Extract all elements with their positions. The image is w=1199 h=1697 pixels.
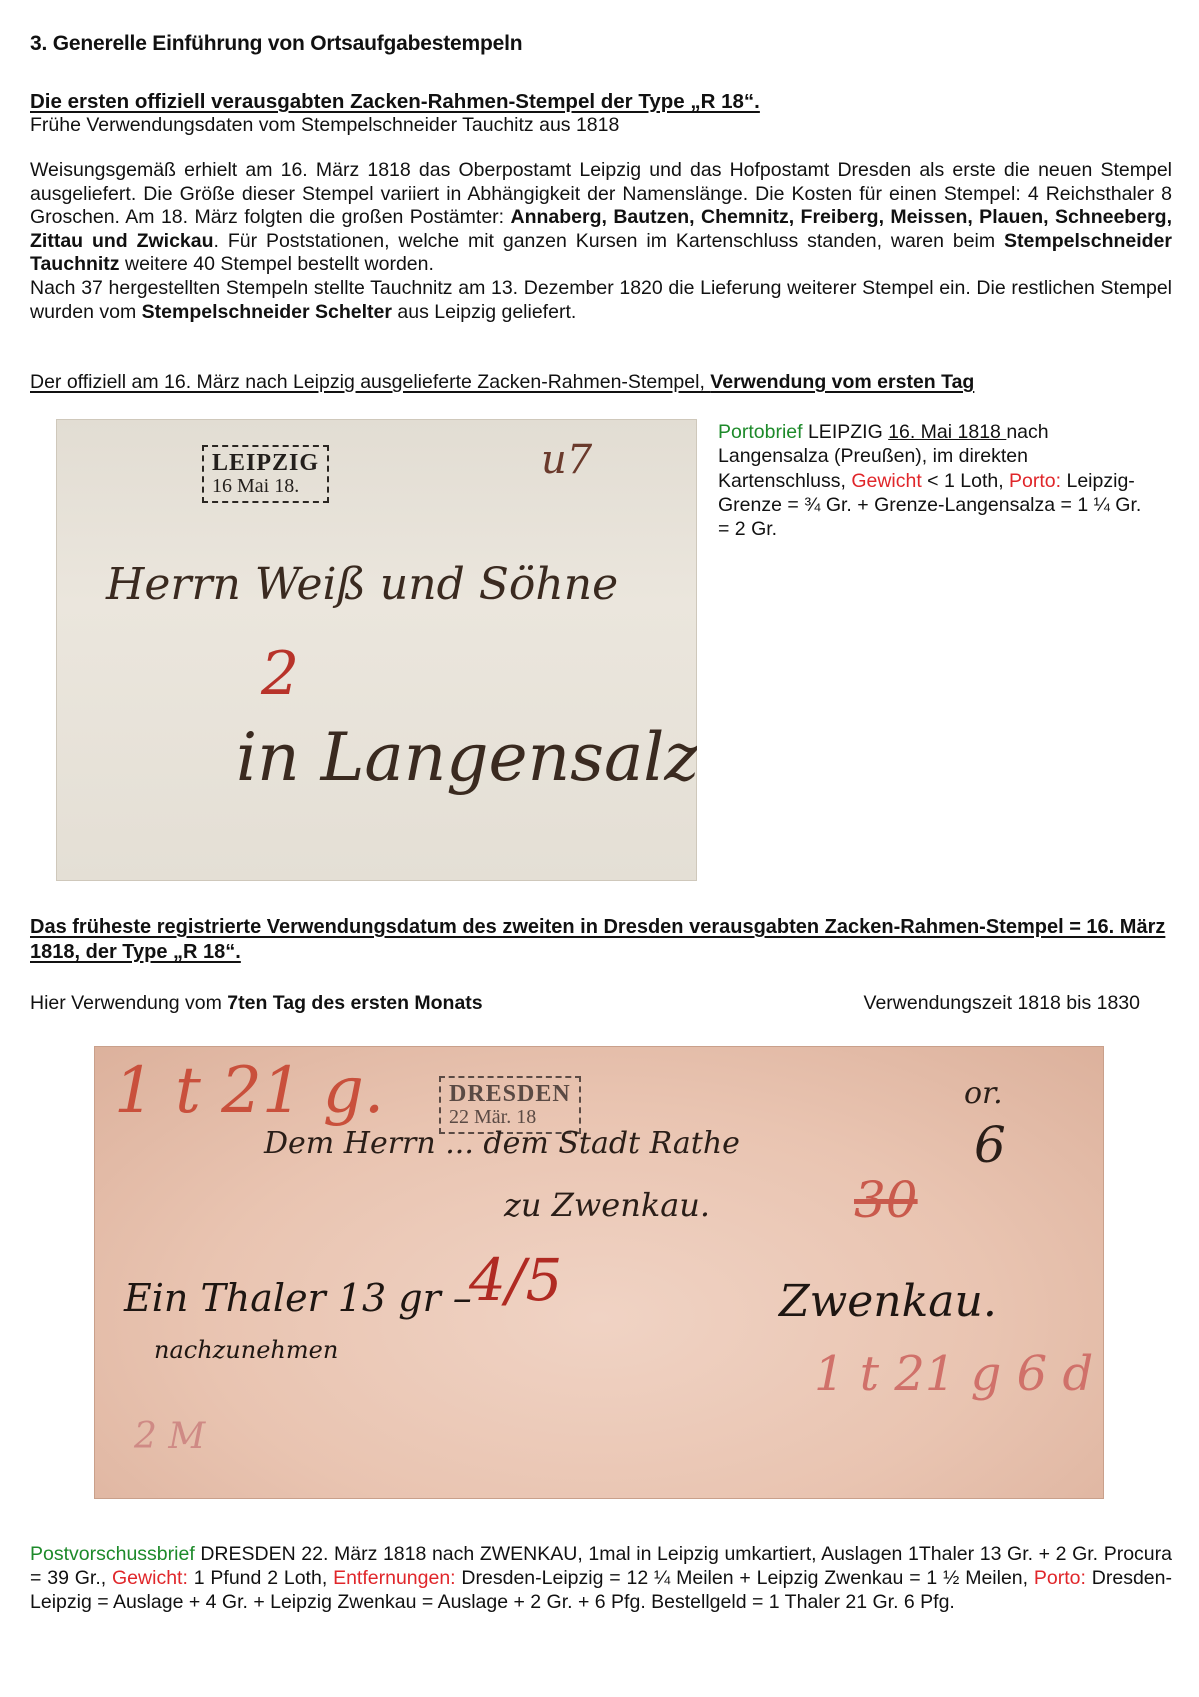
handwriting-six: 6 xyxy=(974,1116,1006,1174)
handwriting-mark: or. xyxy=(964,1076,1003,1111)
leipzig-frame-stamp: LEIPZIG 16 Mai 18. xyxy=(202,445,329,503)
handwriting-red-crossed: 30 xyxy=(854,1171,918,1229)
handwriting-red-bottomright: 1 t 21 g 6 d xyxy=(814,1346,1093,1402)
stamp-town: DRESDEN xyxy=(449,1082,571,1107)
intro-text: Weisungsgemäß erhielt am 16. März 1818 d… xyxy=(30,159,1172,324)
text: 1 Pfund 2 Loth, xyxy=(188,1567,333,1589)
text: aus Leipzig geliefert. xyxy=(392,301,576,323)
text: Der offiziell am 16. März nach Leipzig a… xyxy=(30,371,710,393)
intro-paragraph-1: Weisungsgemäß erhielt am 16. März 1818 d… xyxy=(30,159,1172,277)
section2-title: Das früheste registrierte Verwendungsdat… xyxy=(30,915,1170,965)
text-bold: Verwendung vom ersten Tag xyxy=(710,371,974,393)
section2-description: Postvorschussbrief DRESDEN 22. März 1818… xyxy=(30,1542,1172,1615)
usage-period: Verwendungszeit 1818 bis 1830 xyxy=(864,992,1140,1015)
cover-image-leipzig: LEIPZIG 16 Mai 18. u7 Herrn Weiß und Söh… xyxy=(56,419,697,881)
porto-label: Porto: xyxy=(1034,1567,1086,1589)
porto-label: Porto: xyxy=(1009,470,1061,492)
subline: Frühe Verwendungsdaten vom Stempelschnei… xyxy=(30,114,619,137)
handwriting-red-bottomleft: 2 M xyxy=(134,1416,205,1457)
letter-type-label: Postvorschussbrief xyxy=(30,1543,195,1565)
engraver-schelter: Stempelschneider Schelter xyxy=(142,301,392,323)
handwriting-line1: Dem Herrn ... dem Stadt Rathe xyxy=(264,1126,740,1161)
intro-paragraph-2: Nach 37 hergestellten Stempeln stellte T… xyxy=(30,277,1172,324)
handwriting-red-mark: 2 xyxy=(261,639,299,709)
weight-label: Gewicht: xyxy=(112,1567,188,1589)
handwriting-red-topleft: 1 t 21 g. xyxy=(114,1054,384,1128)
handwriting-thaler-2: nachzunehmen xyxy=(154,1336,338,1364)
section1-description: Portobrief LEIPZIG 16. Mai 1818 nach Lan… xyxy=(718,420,1158,541)
weight-label: Gewicht xyxy=(851,470,921,492)
section1-caption: Der offiziell am 16. März nach Leipzig a… xyxy=(30,371,974,394)
handwriting-top: u7 xyxy=(541,437,592,483)
handwriting-line2: zu Zwenkau. xyxy=(504,1186,710,1224)
cover-image-dresden: 1 t 21 g. DRESDEN 22 Mär. 18 or. Dem Her… xyxy=(94,1046,1104,1499)
handwriting-red-mid: 4/5 xyxy=(469,1246,562,1314)
text: weitere 40 Stempel bestellt worden. xyxy=(120,253,434,275)
date: 16. Mai 1818 xyxy=(888,421,1006,443)
handwriting-city: in Langensalza xyxy=(236,719,697,796)
stamp-town: LEIPZIG xyxy=(212,451,319,476)
letter-type-label: Portobrief xyxy=(718,421,803,443)
distance-label: Entfernungen: xyxy=(333,1567,456,1589)
section-title: 3. Generelle Einführung von Ortsaufgabes… xyxy=(30,32,522,56)
text: < 1 Loth, xyxy=(922,470,1009,492)
handwriting-address: Herrn Weiß und Söhne xyxy=(106,559,618,610)
stamp-date: 16 Mai 18. xyxy=(212,476,319,497)
text: . Für Poststationen, welche mit ganzen K… xyxy=(214,230,1005,252)
handwriting-city: Zwenkau. xyxy=(779,1276,997,1327)
handwriting-thaler: Ein Thaler 13 gr – xyxy=(124,1276,472,1320)
subtitle: Die ersten offiziell verausgabten Zacken… xyxy=(30,90,760,114)
usage-day: Hier Verwendung vom 7ten Tag des ersten … xyxy=(30,992,483,1015)
text-bold: 7ten Tag des ersten Monats xyxy=(227,992,482,1014)
usage-row: Hier Verwendung vom 7ten Tag des ersten … xyxy=(30,992,1140,1015)
text: LEIPZIG xyxy=(803,421,889,443)
text: Dresden-Leipzig = 12 ¼ Meilen + Leipzig … xyxy=(456,1567,1034,1589)
text: Hier Verwendung vom xyxy=(30,992,227,1014)
